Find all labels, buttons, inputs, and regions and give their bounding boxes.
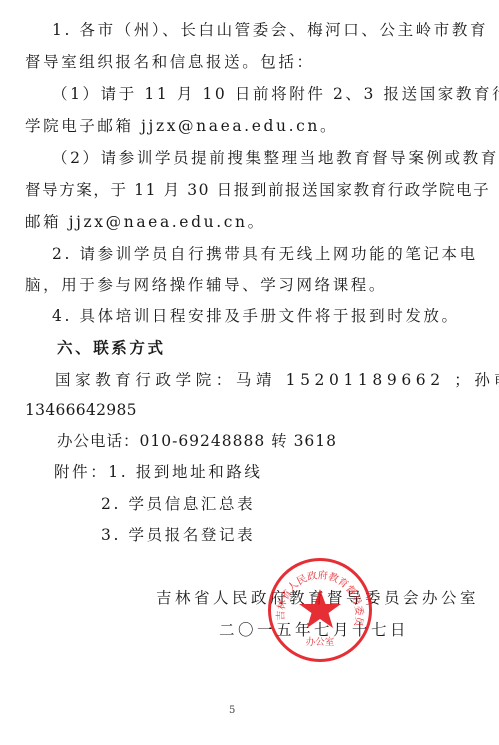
section-heading-contact: 六、联系方式 bbox=[57, 338, 166, 358]
attachment-3: 3. 学员报名登记表 bbox=[101, 525, 255, 545]
paragraph-item-1-line-2: 督导室组织报名和信息报送。包括： bbox=[25, 52, 315, 72]
paragraph-item-4: 4. 具体培训日程安排及手册文件将于报到时发放。 bbox=[52, 306, 460, 326]
page-number: 5 bbox=[229, 705, 235, 716]
seal-star-icon: 吉林省人民政府教育督导委员会 办公室 bbox=[271, 561, 369, 659]
paragraph-sub-2-line-1: （2）请参训学员提前搜集整理当地教育督导案例或教育 bbox=[52, 148, 499, 168]
official-seal-stamp: 吉林省人民政府教育督导委员会 办公室 bbox=[268, 558, 372, 662]
paragraph-item-2-line-2: 脑，用于参与网络操作辅导、学习网络课程。 bbox=[25, 275, 387, 295]
paragraph-sub-1-line-2: 学院电子邮箱 jjzx@naea.edu.cn。 bbox=[25, 116, 338, 136]
contact-line-1: 国家教育行政学院：马靖 15201189662 ；孙萌 bbox=[55, 370, 499, 390]
paragraph-sub-2-line-3: 邮箱 jjzx@naea.edu.cn。 bbox=[25, 212, 266, 232]
attachment-2: 2. 学员信息汇总表 bbox=[101, 494, 255, 514]
paragraph-item-1-line-1: 1. 各市（州）、长白山管委会、梅河口、公主岭市教育 bbox=[52, 20, 488, 40]
paragraph-sub-1-line-1: （1）请于 11 月 10 日前将附件 2、3 报送国家教育行政 bbox=[52, 84, 499, 104]
office-phone: 办公电话：010-69248888 转 3618 bbox=[57, 431, 337, 451]
svg-text:办公室: 办公室 bbox=[306, 636, 335, 648]
contact-line-2: 13466642985 bbox=[25, 400, 137, 420]
paragraph-sub-2-line-2: 督导方案，于 11 月 30 日报到前报送国家教育行政学院电子 bbox=[25, 180, 490, 200]
attachment-1: 附件：1. 报到地址和路线 bbox=[54, 462, 263, 482]
paragraph-item-2-line-1: 2. 请参训学员自行携带具有无线上网功能的笔记本电 bbox=[52, 244, 478, 264]
